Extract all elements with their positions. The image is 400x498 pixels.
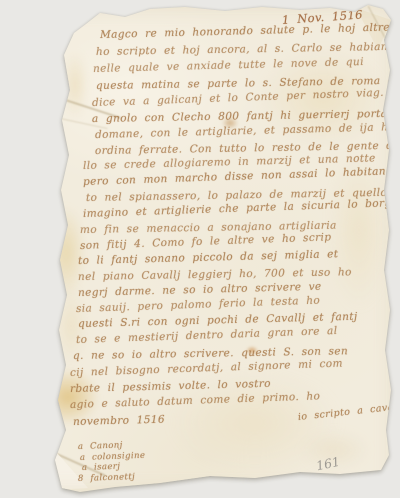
handwriting-line: to li fantj sonano piccolo da sej miglia… xyxy=(78,249,339,266)
handwriting-line: domane, con le artigliarie, et passamo d… xyxy=(95,122,395,140)
address-list-item: a colonsigine xyxy=(80,451,146,462)
address-list-item: 8 falconettj xyxy=(78,473,135,483)
photo-background: 1 Nov. 1516 Magco re mio honorando salut… xyxy=(0,0,400,498)
handwriting-line: novembro 1516 xyxy=(73,415,165,428)
letter-paper: 1 Nov. 1516 Magco re mio honorando salut… xyxy=(0,0,400,498)
handwriting-line: cij nel bisogno recordatj, al signore mi… xyxy=(70,358,343,378)
letter-body: Magco re mio honorando salute p. le hoj … xyxy=(0,0,400,498)
handwriting-line: agio e saluto datum come die primo. ho xyxy=(70,391,321,410)
address-list-item: a isaerj xyxy=(82,463,121,473)
handwriting-line: nelle quale ve anxiade tutte le nove de … xyxy=(93,57,364,75)
handwriting-line: ho scripto et hoj ancora, al s. Carlo se… xyxy=(96,41,400,57)
handwriting-line: Magco re mio honorando salute p. le hoj … xyxy=(100,21,400,41)
paper-sheet: 1 Nov. 1516 Magco re mio honorando salut… xyxy=(0,0,400,498)
address-list-item: a Canonj xyxy=(78,441,123,451)
